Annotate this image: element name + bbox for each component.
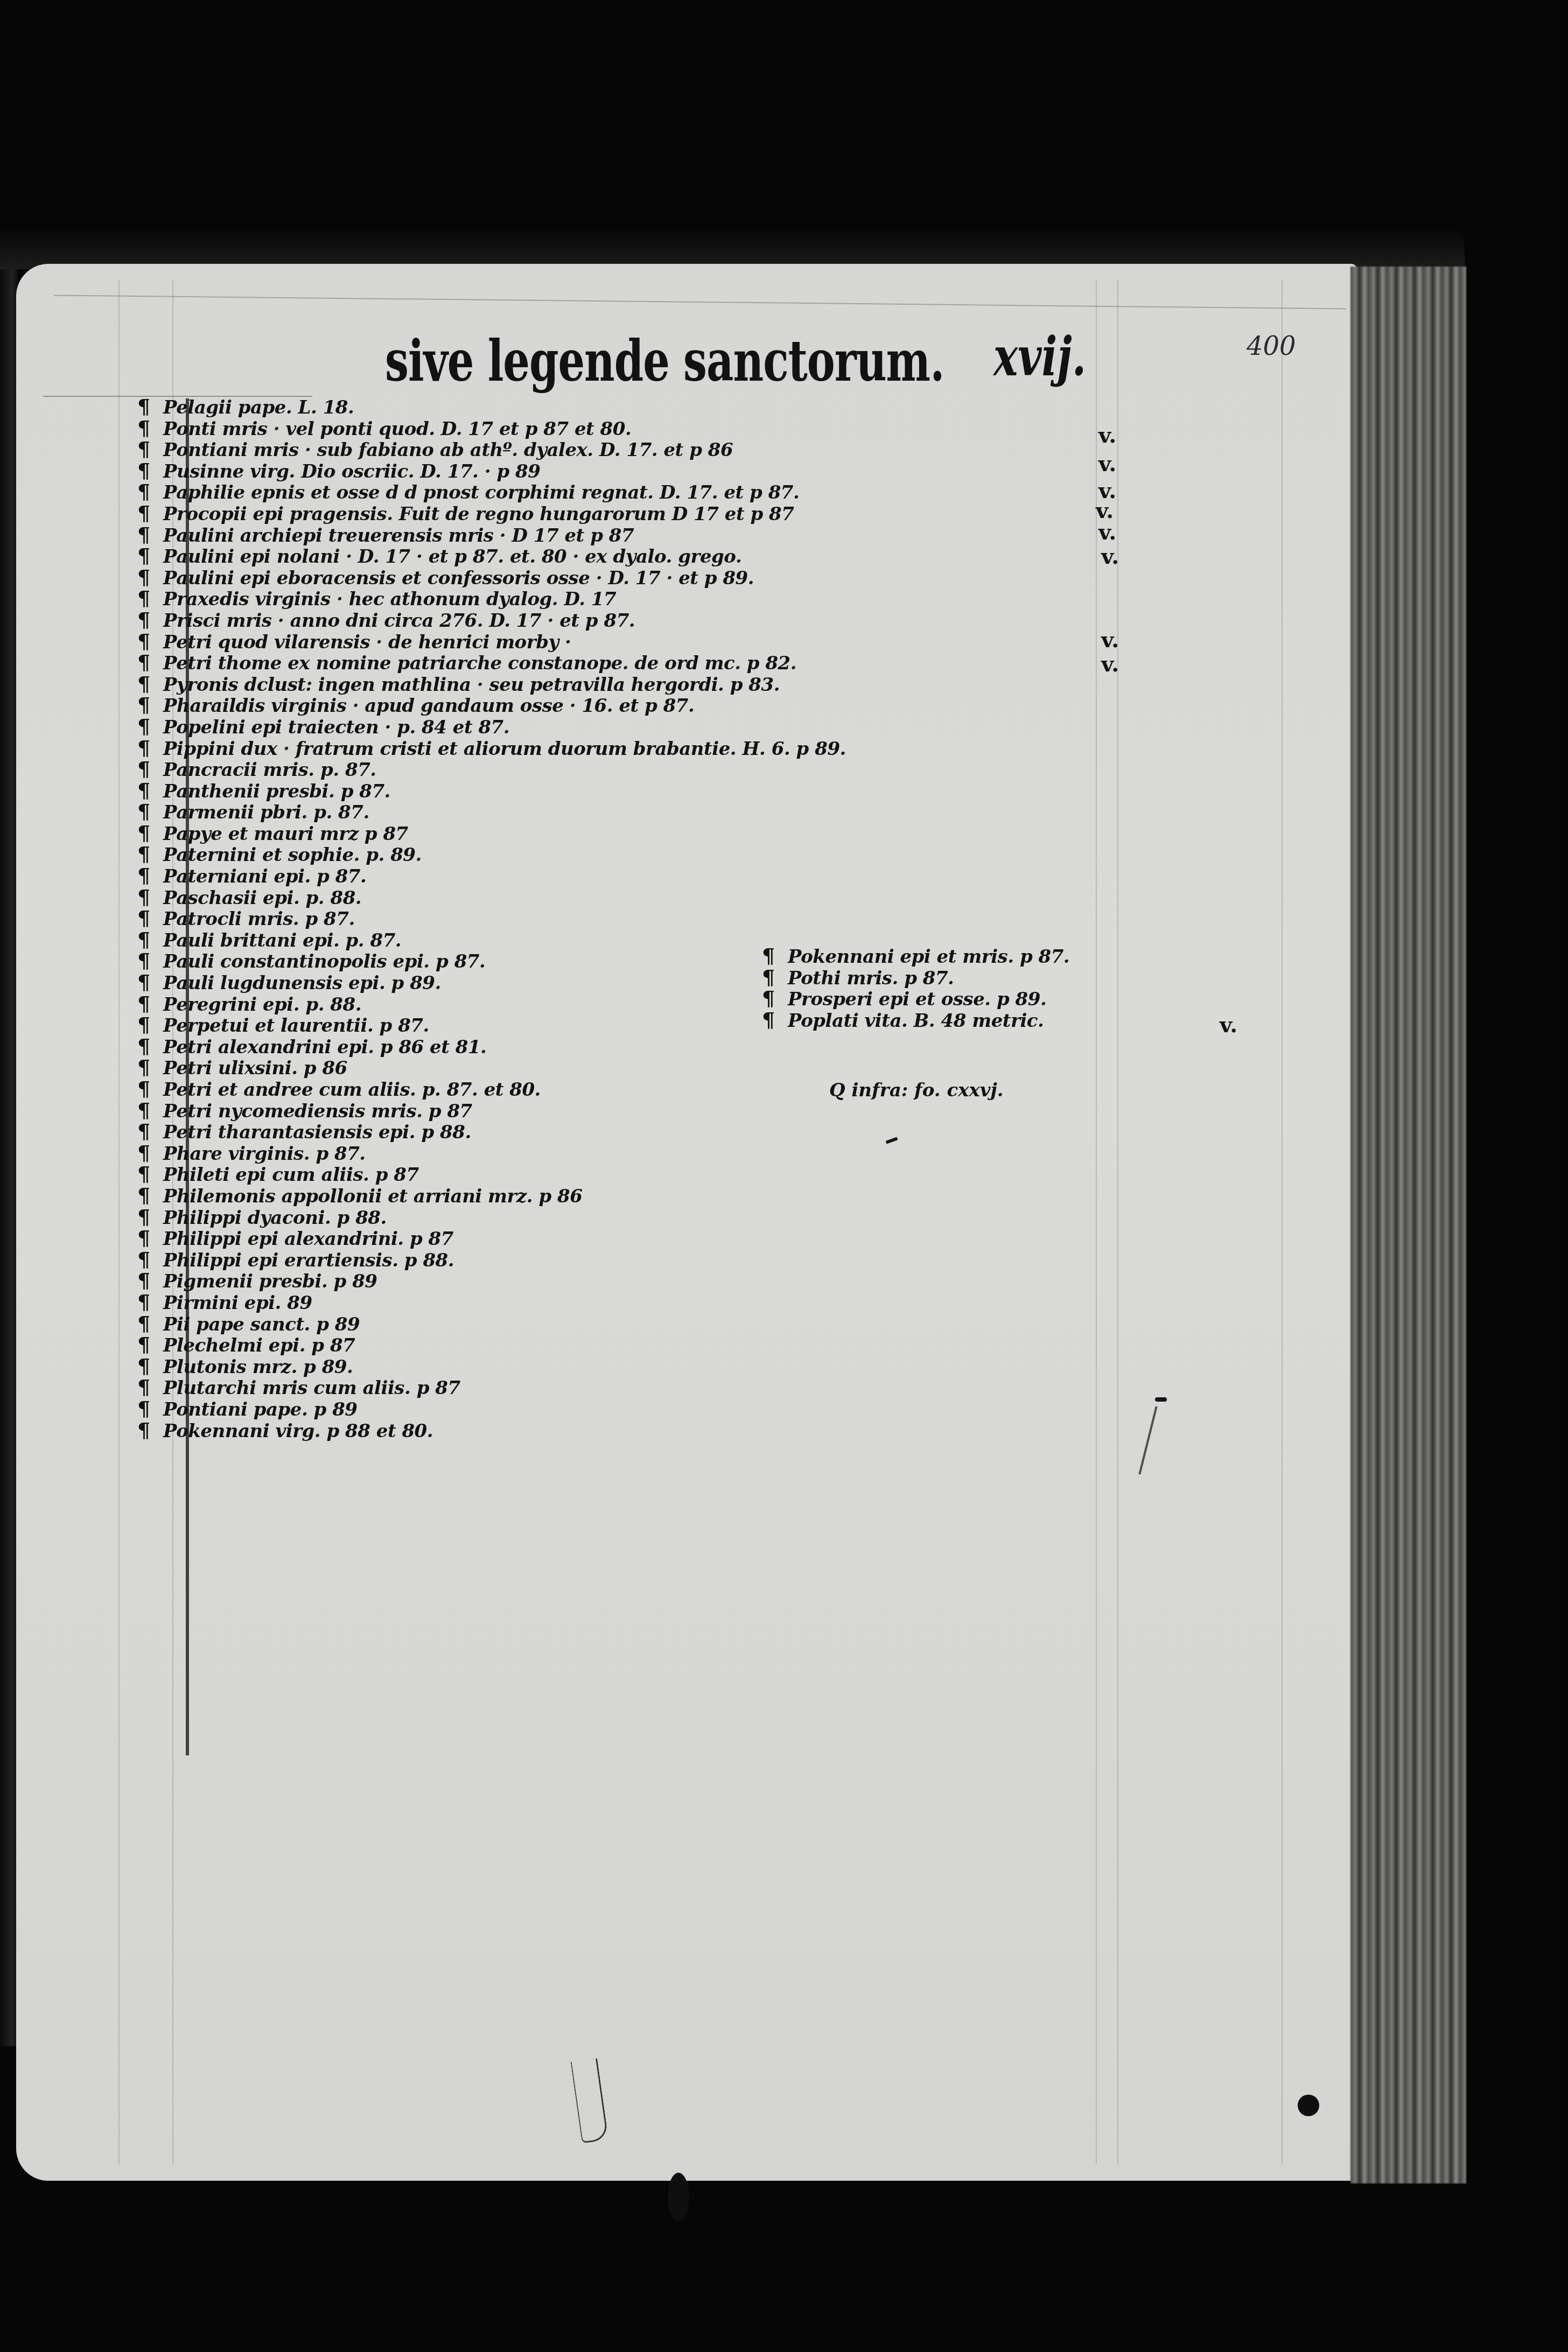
list-item: ¶Paulini epi eboracensis et confessoris … bbox=[137, 566, 1053, 588]
pilcrow-icon: ¶ bbox=[137, 1334, 163, 1355]
book-fore-edge bbox=[1350, 267, 1466, 2183]
pilcrow-icon: ¶ bbox=[137, 950, 163, 971]
list-item: ¶Philippi epi erartiensis. p 88. bbox=[137, 1249, 1053, 1270]
list-item: ¶Philippi dyaconi. p 88. bbox=[137, 1206, 1053, 1228]
pilcrow-icon: ¶ bbox=[137, 524, 163, 545]
pilcrow-icon: ¶ bbox=[137, 737, 163, 759]
margin-mark: v. bbox=[1101, 544, 1119, 569]
pilcrow-icon: ¶ bbox=[137, 396, 163, 417]
margin-mark: v. bbox=[1098, 520, 1116, 545]
list-item: ¶Pokennani epi et mris. p 87. bbox=[762, 945, 1069, 967]
ink-blot bbox=[668, 2173, 689, 2221]
list-item: ¶Prisci mris · anno dni circa 276. D. 17… bbox=[137, 609, 1053, 631]
list-item: ¶Pii pape sanct. p 89 bbox=[137, 1313, 1053, 1334]
pilcrow-icon: ¶ bbox=[137, 780, 163, 801]
pilcrow-icon: ¶ bbox=[137, 1078, 163, 1100]
list-item: ¶Paulini archiepi treuerensis mris · D 1… bbox=[137, 524, 1053, 545]
list-item: ¶Petri alexandrini epi. p 86 et 81. bbox=[137, 1035, 1053, 1057]
cross-reference-note: Q infra: fo. cxxvj. bbox=[829, 1080, 1004, 1101]
pilcrow-icon: ¶ bbox=[137, 1014, 163, 1035]
pilcrow-icon: ¶ bbox=[137, 1313, 163, 1334]
pilcrow-icon: ¶ bbox=[137, 1376, 163, 1398]
pilcrow-icon: ¶ bbox=[137, 694, 163, 716]
list-item: ¶Pelagii pape. L. 18. bbox=[137, 396, 1053, 417]
list-item: ¶Pusinne virg. Dio oscriic. D. 17. · p 8… bbox=[137, 460, 1053, 481]
ink-stroke-mark bbox=[1155, 1397, 1167, 1402]
pilcrow-icon: ¶ bbox=[137, 716, 163, 737]
list-item: ¶Parmenii pbri. p. 87. bbox=[137, 801, 1053, 822]
pilcrow-icon: ¶ bbox=[137, 631, 163, 652]
pilcrow-icon: ¶ bbox=[137, 1398, 163, 1419]
pilcrow-icon: ¶ bbox=[137, 1142, 163, 1164]
list-item: ¶Pirmini epi. 89 bbox=[137, 1291, 1053, 1313]
list-item: ¶Pokennani virg. p 88 et 80. bbox=[137, 1419, 1053, 1441]
list-item: ¶Phare virginis. p 87. bbox=[137, 1142, 1053, 1164]
pilcrow-icon: ¶ bbox=[137, 1056, 163, 1078]
pilcrow-icon: ¶ bbox=[137, 1100, 163, 1121]
pilcrow-icon: ¶ bbox=[137, 1163, 163, 1185]
book-top-edge bbox=[0, 226, 1465, 269]
pilcrow-icon: ¶ bbox=[762, 1009, 788, 1031]
list-item: ¶Pancracii mris. p. 87. bbox=[137, 758, 1053, 780]
ruling-line-left-margin bbox=[118, 280, 120, 2165]
pilcrow-icon: ¶ bbox=[137, 1249, 163, 1270]
pilcrow-icon: ¶ bbox=[137, 1185, 163, 1206]
list-item: ¶Pontiani pape. p 89 bbox=[137, 1398, 1053, 1419]
pilcrow-icon: ¶ bbox=[137, 1227, 163, 1249]
page-heading: sive legende sanctorum. bbox=[385, 328, 944, 395]
pilcrow-icon: ¶ bbox=[137, 652, 163, 673]
pilcrow-icon: ¶ bbox=[137, 971, 163, 993]
pilcrow-icon: ¶ bbox=[137, 1355, 163, 1377]
list-item: ¶Pharaildis virginis · apud gandaum osse… bbox=[137, 694, 1053, 716]
list-item: ¶Pyronis dclust: ingen mathlina · seu pe… bbox=[137, 673, 1053, 695]
pilcrow-icon: ¶ bbox=[137, 417, 163, 439]
list-item: ¶Plutarchi mris cum aliis. p 87 bbox=[137, 1376, 1053, 1398]
pilcrow-icon: ¶ bbox=[137, 907, 163, 929]
pilcrow-icon: ¶ bbox=[137, 843, 163, 865]
list-item: ¶Petri tharantasiensis epi. p 88. bbox=[137, 1121, 1053, 1142]
list-item: ¶Ponti mris · vel ponti quod. D. 17 et p… bbox=[137, 417, 1053, 439]
list-item: ¶Petri thome ex nomine patriarche consta… bbox=[137, 652, 1053, 673]
pilcrow-icon: ¶ bbox=[137, 460, 163, 481]
margin-mark: v. bbox=[1220, 1012, 1237, 1038]
pilcrow-icon: ¶ bbox=[137, 801, 163, 822]
book-spine-left bbox=[0, 269, 17, 2046]
list-item: ¶Petri ulixsini. p 86 bbox=[137, 1056, 1053, 1078]
pilcrow-icon: ¶ bbox=[137, 929, 163, 950]
pilcrow-icon: ¶ bbox=[137, 438, 163, 460]
right-column-list: ¶Pokennani epi et mris. p 87. ¶Pothi mri… bbox=[762, 945, 1069, 1030]
page-number-annotation: 400 bbox=[1247, 331, 1296, 361]
list-item: ¶Popelini epi traiecten · p. 84 et 87. bbox=[137, 716, 1053, 737]
pilcrow-icon: ¶ bbox=[137, 1035, 163, 1057]
pilcrow-icon: ¶ bbox=[137, 481, 163, 502]
pilcrow-icon: ¶ bbox=[137, 1270, 163, 1291]
list-item: ¶Prosperi epi et osse. p 89. bbox=[762, 988, 1069, 1009]
pilcrow-icon: ¶ bbox=[137, 545, 163, 566]
pilcrow-icon: ¶ bbox=[762, 988, 788, 1009]
pilcrow-icon: ¶ bbox=[137, 673, 163, 695]
folio-roman-numeral: xvij. bbox=[993, 326, 1086, 388]
list-item: ¶Paulini epi nolani · D. 17 · et p 87. e… bbox=[137, 545, 1053, 566]
list-item: ¶Philemonis appollonii et arriani mrz. p… bbox=[137, 1185, 1053, 1206]
list-item: ¶Petri quod vilarensis · de henrici morb… bbox=[137, 631, 1053, 652]
list-item: ¶Plechelmi epi. p 87 bbox=[137, 1334, 1053, 1355]
margin-mark: v. bbox=[1101, 652, 1119, 677]
pilcrow-icon: ¶ bbox=[137, 502, 163, 524]
ink-blot bbox=[1298, 2095, 1319, 2116]
list-item: ¶Paterniani epi. p 87. bbox=[137, 865, 1053, 886]
margin-mark: v. bbox=[1101, 627, 1119, 653]
pilcrow-icon: ¶ bbox=[137, 993, 163, 1014]
list-item: ¶Philippi epi alexandrini. p 87 bbox=[137, 1227, 1053, 1249]
list-item: ¶Petri nycomediensis mris. p 87 bbox=[137, 1100, 1053, 1121]
pilcrow-icon: ¶ bbox=[137, 566, 163, 588]
list-item: ¶Paphilie epnis et osse d d pnost corphi… bbox=[137, 481, 1053, 502]
list-item: ¶Panthenii presbi. p 87. bbox=[137, 780, 1053, 801]
pilcrow-icon: ¶ bbox=[137, 822, 163, 844]
list-item: ¶Phileti epi cum aliis. p 87 bbox=[137, 1163, 1053, 1185]
pilcrow-icon: ¶ bbox=[137, 865, 163, 886]
pilcrow-icon: ¶ bbox=[137, 886, 163, 908]
list-item: ¶Praxedis virginis · hec athonum dyalog.… bbox=[137, 587, 1053, 609]
ruling-line-edge bbox=[1282, 280, 1283, 2165]
margin-mark: v. bbox=[1098, 423, 1116, 448]
list-item: ¶Papye et mauri mrz p 87 bbox=[137, 822, 1053, 844]
list-item: ¶Pippini dux · fratrum cristi et aliorum… bbox=[137, 737, 1053, 759]
list-item: ¶Paternini et sophie. p. 89. bbox=[137, 843, 1053, 865]
list-item: ¶Plutonis mrz. p 89. bbox=[137, 1355, 1053, 1377]
list-item: ¶Patrocli mris. p 87. bbox=[137, 907, 1053, 929]
list-item: ¶Pontiani mris · sub fabiano ab athº. dy… bbox=[137, 438, 1053, 460]
list-item: ¶Pigmenii presbi. p 89 bbox=[137, 1270, 1053, 1291]
pilcrow-icon: ¶ bbox=[137, 758, 163, 780]
pilcrow-icon: ¶ bbox=[137, 1291, 163, 1313]
list-item: ¶Pothi mris. p 87. bbox=[762, 967, 1069, 988]
saints-index-list: ¶Pelagii pape. L. 18. ¶Ponti mris · vel … bbox=[137, 396, 1053, 1440]
pilcrow-icon: ¶ bbox=[137, 609, 163, 631]
list-item: ¶Poplati vita. B. 48 metric. bbox=[762, 1009, 1069, 1031]
pilcrow-icon: ¶ bbox=[137, 1206, 163, 1228]
list-item: ¶Paschasii epi. p. 88. bbox=[137, 886, 1053, 908]
ruling-line-right-inner bbox=[1096, 280, 1097, 2165]
pilcrow-icon: ¶ bbox=[762, 945, 788, 967]
margin-mark: v. bbox=[1098, 451, 1116, 477]
pilcrow-icon: ¶ bbox=[762, 967, 788, 988]
pilcrow-icon: ¶ bbox=[137, 1121, 163, 1142]
pilcrow-icon: ¶ bbox=[137, 587, 163, 609]
pilcrow-icon: ¶ bbox=[137, 1419, 163, 1441]
list-item: ¶Procopii epi pragensis. Fuit de regno h… bbox=[137, 502, 1053, 524]
